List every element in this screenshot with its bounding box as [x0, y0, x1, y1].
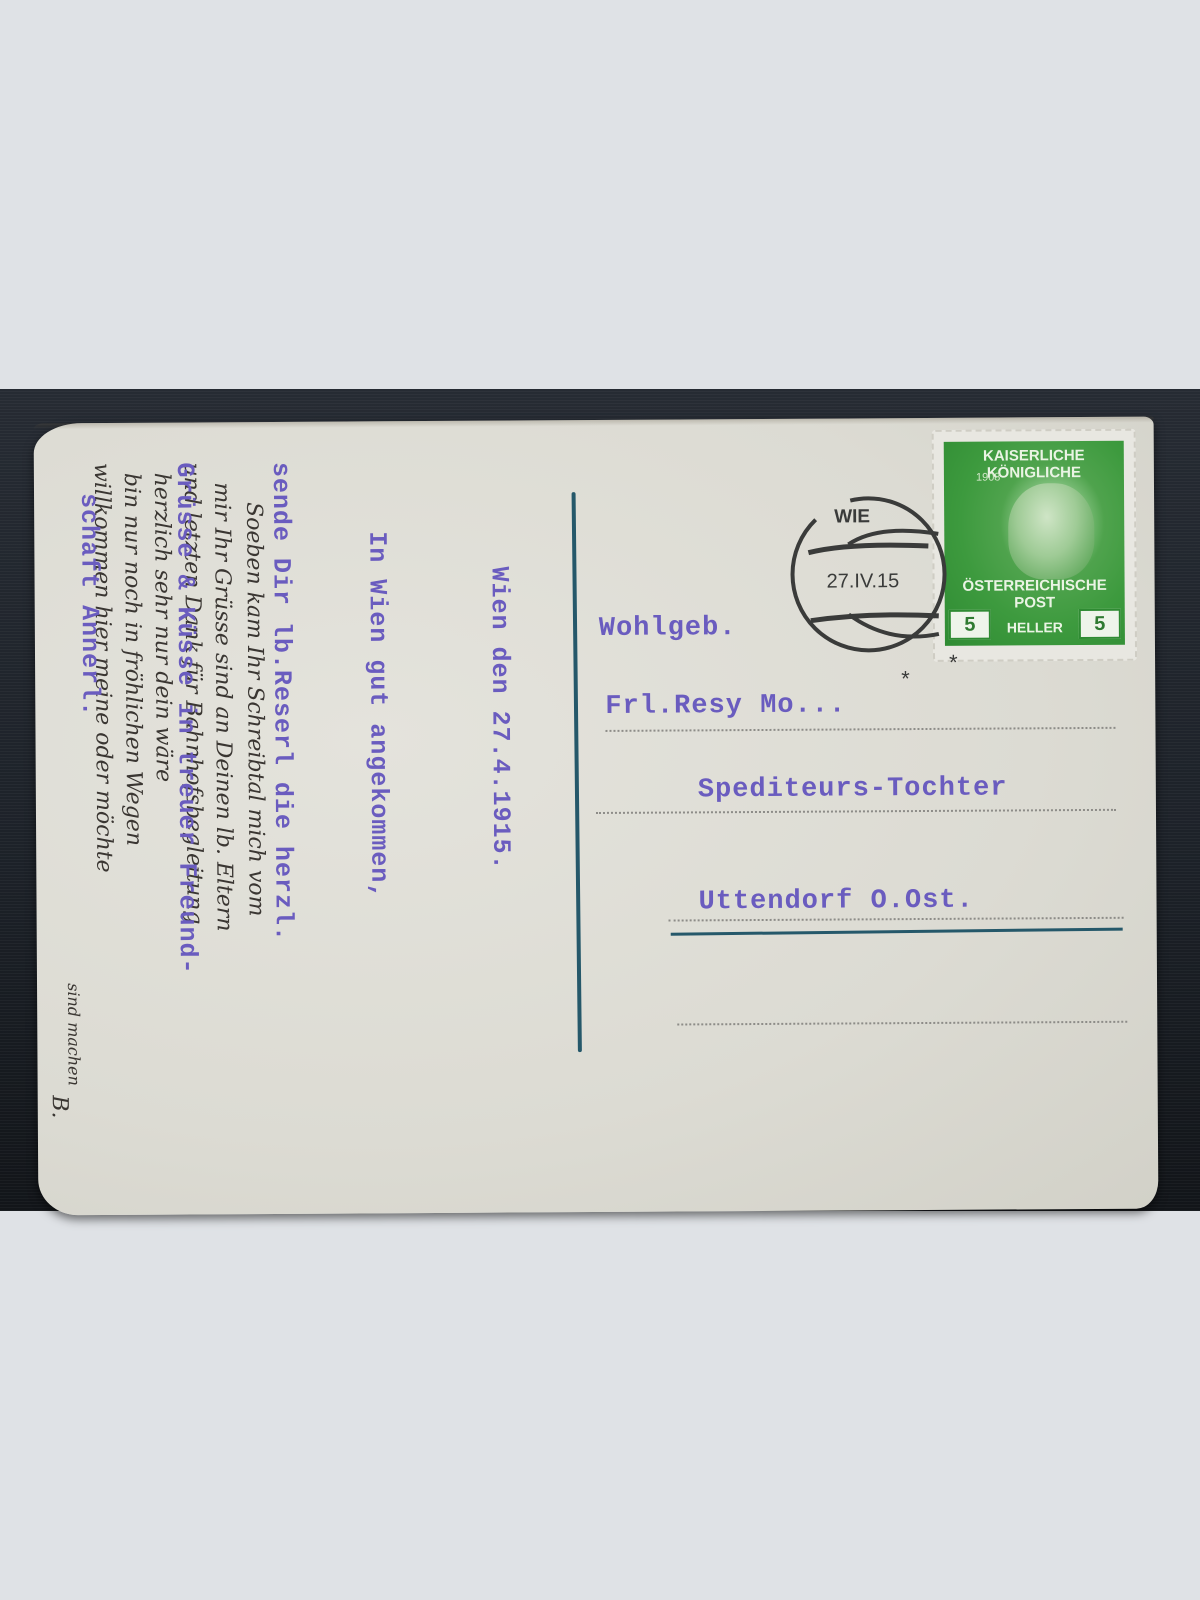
address-occupation: Spediteurs-Tochter — [698, 773, 1008, 805]
address-dotted-line — [596, 809, 1116, 814]
vertical-divider — [572, 492, 582, 1052]
address-salutation: Wohlgeb. — [599, 613, 737, 644]
message-line: In Wien gut angekommen, — [360, 531, 395, 973]
stamp-year: 1908 — [976, 472, 1001, 484]
signature: B. — [47, 1095, 72, 1118]
postmark-circle-icon: * * — [788, 494, 979, 695]
address-name: Frl.Resy Mo... — [605, 690, 846, 721]
address-town: Uttendorf O.Ost. — [698, 886, 973, 918]
message-line: sende Dir lb.Reserl die herzl. — [264, 462, 299, 974]
hand-line: sind machen — [64, 983, 84, 1086]
postmark: * * WIE 27.IV.15 — [788, 494, 949, 655]
address-underline — [671, 928, 1123, 936]
message-body: In Wien gut angekommen, sende Dir lb.Res… — [8, 531, 459, 976]
emperor-portrait-icon — [1008, 483, 1095, 580]
address-dotted-line — [605, 727, 1115, 732]
postmark-city: WIE — [834, 506, 870, 528]
address-dotted-line — [677, 1021, 1127, 1026]
postmark-date: 27.IV.15 — [827, 570, 900, 593]
stamp-value-right: 5 — [1079, 609, 1121, 639]
stamp-denomination: HELLER — [995, 619, 1075, 635]
message-line: Grüsse & Küsse in treuer Freund- — [168, 462, 203, 974]
message-date: Wien den 27.4.1915. — [482, 566, 516, 870]
message-line: schaft Annerl. — [72, 493, 107, 975]
svg-text:*: * — [949, 650, 958, 675]
address-dotted-line — [669, 917, 1124, 922]
svg-text:*: * — [901, 666, 910, 691]
postcard: Soeben kam Ihr Schreibtal mich vom mir I… — [34, 417, 1159, 1216]
